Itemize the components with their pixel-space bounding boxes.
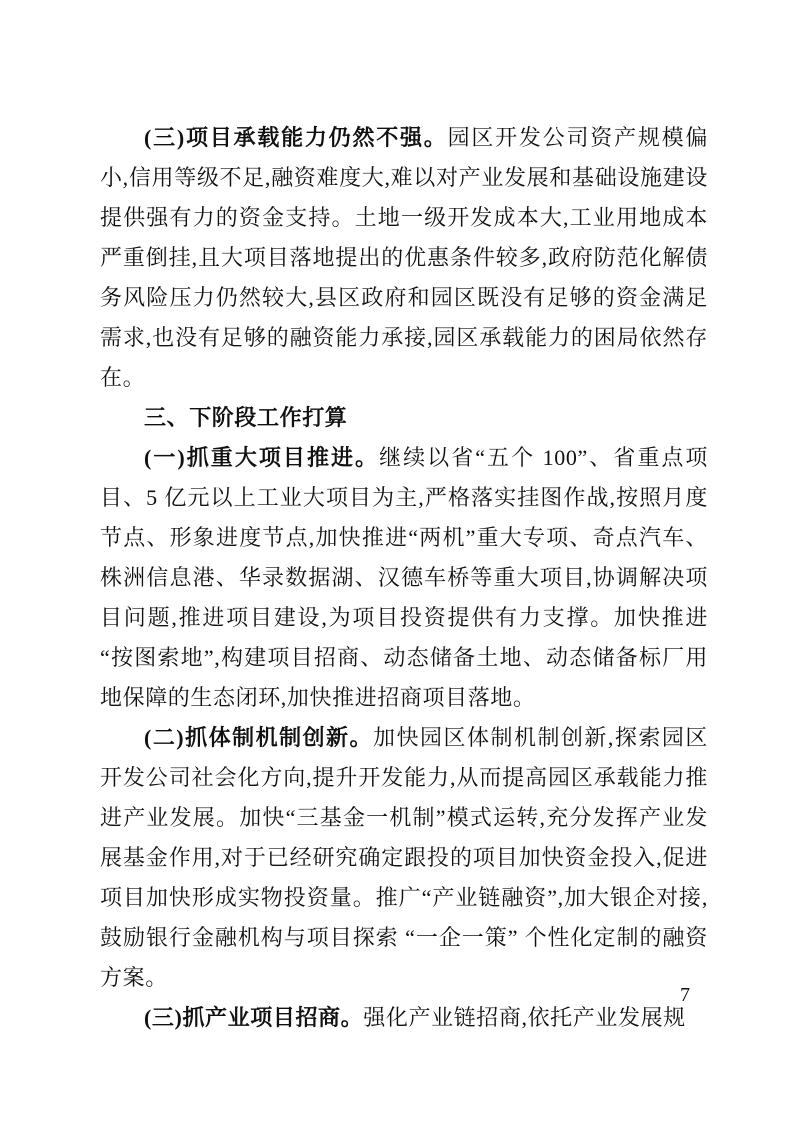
paragraph-project-capacity: (三)项目承载能力仍然不强。园区开发公司资产规模偏小,信用等级不足,融资难度大,… (100, 118, 708, 398)
paragraph-major-projects: (一)抓重大项目推进。继续以省“五个 100”、省重点项目、5 亿元以上工业大项… (100, 438, 708, 718)
paragraph-body-major-projects: 继续以省“五个 100”、省重点项目、5 亿元以上工业大项目为主,严格落实挂图作… (100, 445, 708, 710)
page-number: 7 (680, 983, 690, 1007)
paragraph-body-institutional-innovation: 加快园区体制机制创新,探索园区开发公司社会化方向,提升开发能力,从而提高园区承载… (100, 725, 708, 990)
document-page: (三)项目承载能力仍然不强。园区开发公司资产规模偏小,信用等级不足,融资难度大,… (0, 0, 793, 1122)
section-heading-next-stage: 三、下阶段工作打算 (100, 398, 708, 438)
paragraph-lead-industry-investment: (三)抓产业项目招商。 (144, 1005, 363, 1030)
document-content: (三)项目承载能力仍然不强。园区开发公司资产规模偏小,信用等级不足,融资难度大,… (100, 118, 708, 1038)
paragraph-lead-major-projects: (一)抓重大项目推进。 (144, 445, 379, 470)
paragraph-body-project-capacity: 园区开发公司资产规模偏小,信用等级不足,融资难度大,难以对产业发展和基础设施建设… (100, 125, 708, 390)
paragraph-lead-project-capacity: (三)项目承载能力仍然不强。 (144, 125, 448, 150)
paragraph-institutional-innovation: (二)抓体制机制创新。加快园区体制机制创新,探索园区开发公司社会化方向,提升开发… (100, 718, 708, 998)
paragraph-lead-institutional-innovation: (二)抓体制机制创新。 (144, 725, 373, 750)
paragraph-industry-investment: (三)抓产业项目招商。强化产业链招商,依托产业发展规 (100, 998, 708, 1038)
paragraph-body-industry-investment: 强化产业链招商,依托产业发展规 (363, 1005, 686, 1030)
